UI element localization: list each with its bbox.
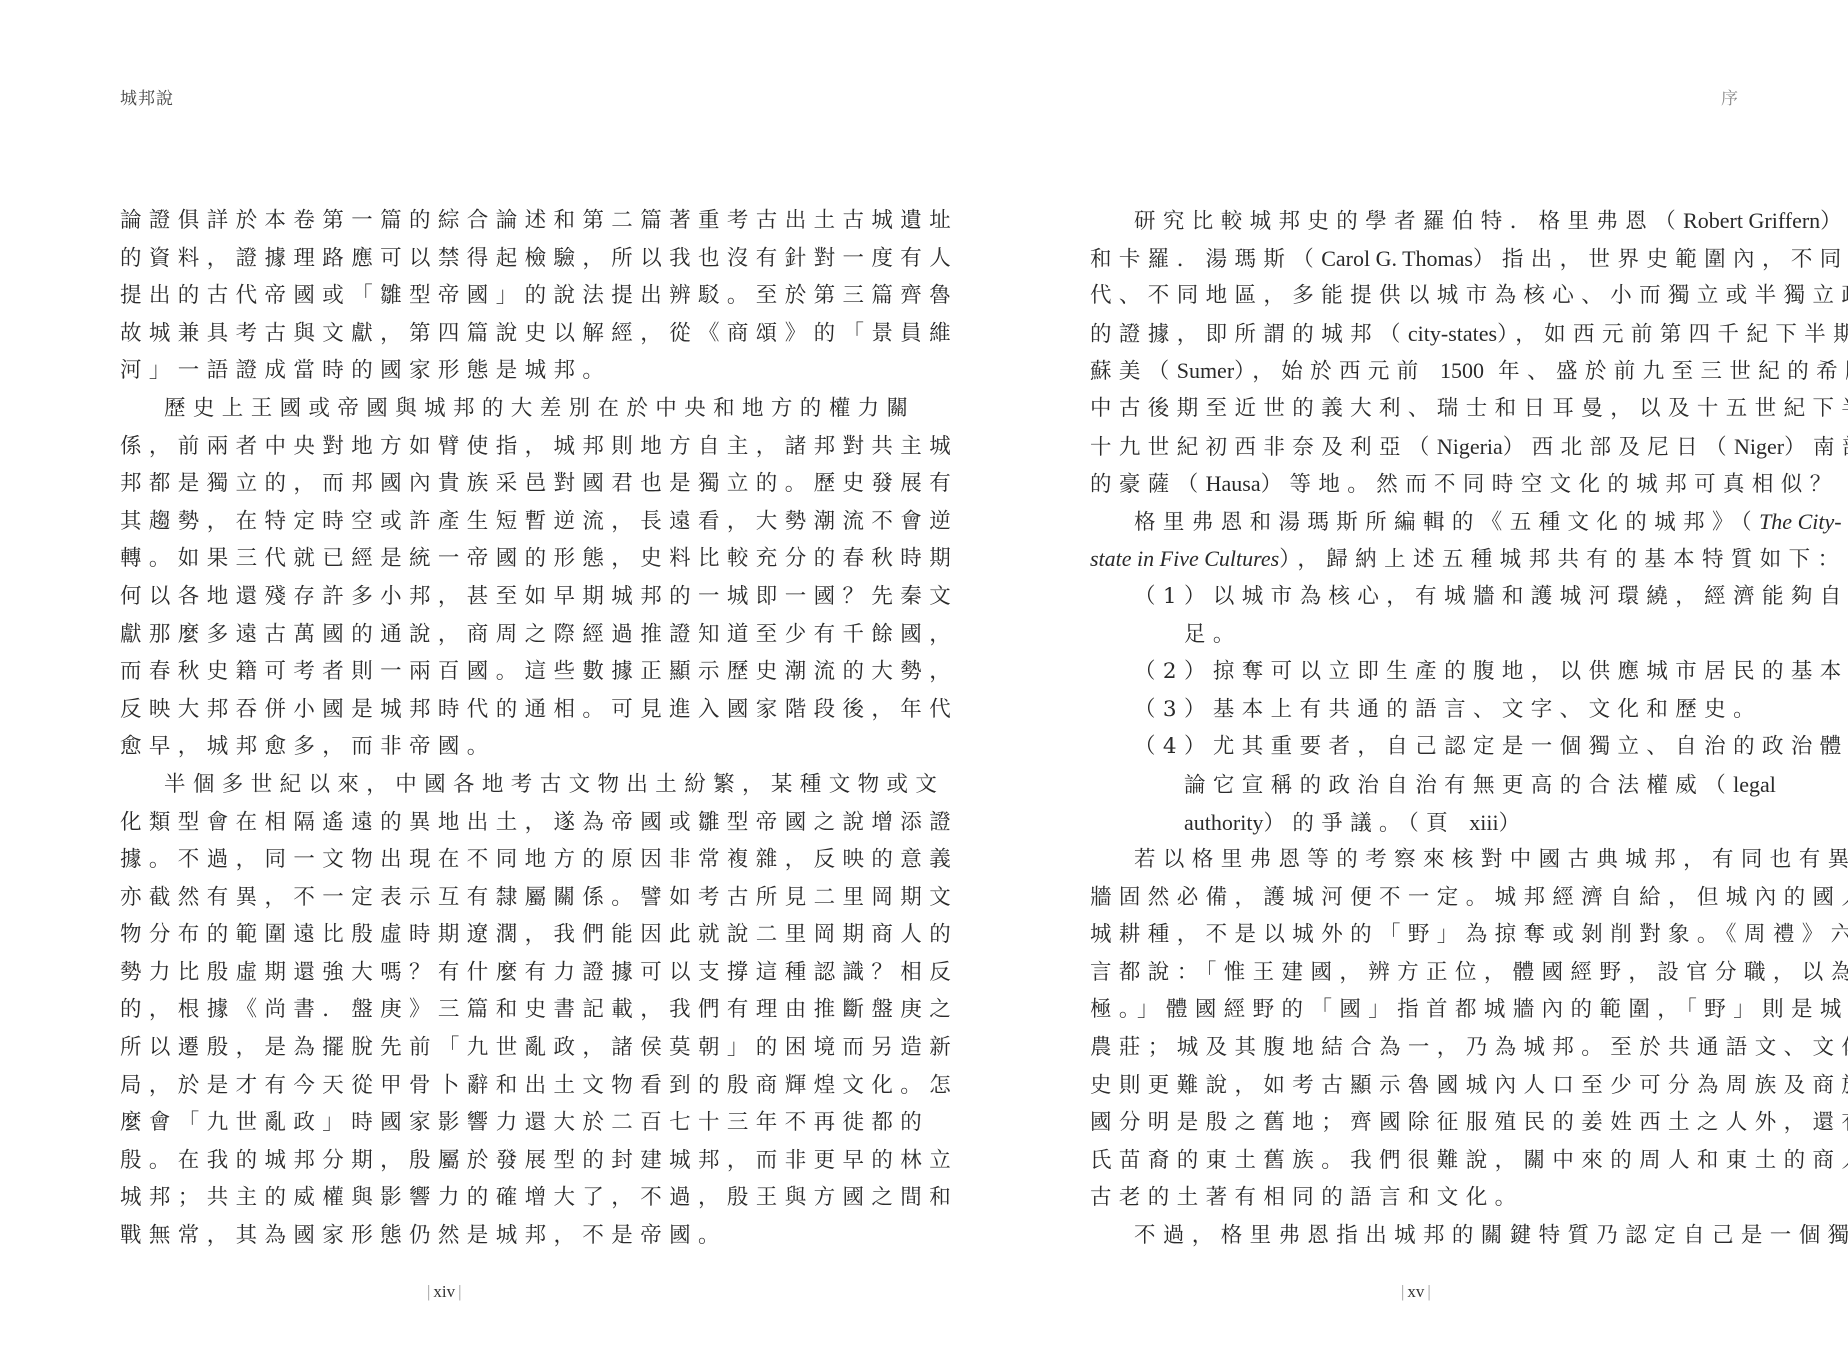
latin-text: Carol G. Thomas (1321, 246, 1473, 271)
text-run: 據。不過，同一文物出現在不同地方的原因非常複雜，反映的意義 (120, 847, 958, 872)
text-line: 論證俱詳於本卷第一篇的綜合論述和第二篇著重考古出土古城遺址 (120, 202, 762, 240)
text-line: 研究比較城邦史的學者羅伯特．格里弗恩（Robert Griffern） (1090, 202, 1732, 240)
text-run: 殷。在我的城邦分期，殷屬於發展型的封建城邦，而非更早的林立 (120, 1148, 958, 1173)
text-line: 化類型會在相隔遙遠的異地出土，遂為帝國或雛型帝國之說增添證 (120, 804, 762, 842)
text-line: 牆固然必備，護城河便不一定。城邦經濟自給，但城內的國人亦出 (1090, 879, 1732, 917)
text-run: ），始於西元前 (1234, 359, 1440, 384)
italic-text: The City- (1759, 509, 1842, 534)
folio-bar: | (424, 1282, 433, 1301)
text-run: ），歸納上述五種城邦共有的基本特質如下： (1279, 547, 1846, 572)
text-run: 中古後期至近世的義大利、瑞士和日耳曼，以及十五世紀下半葉至 (1090, 396, 1848, 421)
folio-number: xiv (433, 1282, 455, 1301)
text-line: 戰無常，其為國家形態仍然是城邦，不是帝國。 (120, 1217, 762, 1255)
text-run: 足。 (1184, 622, 1242, 647)
text-run: ）南部 (1784, 435, 1848, 460)
text-run: 的，根據《尚書．盤庚》三篇和史書記載，我們有理由推斷盤庚之 (120, 997, 958, 1022)
text-line: 勢力比殷虛期還強大嗎？有什麼有力證據可以支撐這種認識？相反 (120, 954, 762, 992)
text-run: 若以格里弗恩等的考察來核對中國古典城邦，有同也有異，城 (1134, 847, 1848, 872)
latin-text: Niger (1734, 434, 1784, 459)
text-run: 牆固然必備，護城河便不一定。城邦經濟自給，但城內的國人亦出 (1090, 885, 1848, 910)
text-run: 其趨勢，在特定時空或許產生短暫逆流，長遠看，大勢潮流不會逆 (120, 509, 958, 534)
text-line: 氏苗裔的東土舊族。我們很難說，關中來的周人和東土的商人或更 (1090, 1142, 1732, 1180)
running-head-chapter-title: 序 (1721, 84, 1739, 109)
text-run: 格里弗恩和湯瑪斯所編輯的《五種文化的城邦》（ (1134, 510, 1759, 535)
text-run: 反映大邦吞併小國是城邦時代的通相。可見進入國家階段後，年代 (120, 697, 958, 722)
text-run: 係，前兩者中央對地方如臂使指，城邦則地方自主，諸邦對共主城 (120, 434, 958, 459)
text-run: （3）基本上有共通的語言、文字、文化和歷史。 (1134, 697, 1762, 722)
text-run: 戰無常，其為國家形態仍然是城邦，不是帝國。 (120, 1223, 727, 1248)
text-run: 亦截然有異，不一定表示互有隸屬關係。譬如考古所見二里岡期文 (120, 885, 958, 910)
latin-text: Sumer (1177, 358, 1234, 383)
text-line: 歷史上王國或帝國與城邦的大差別在於中央和地方的權力關 (120, 390, 762, 428)
text-line: 格里弗恩和湯瑪斯所編輯的《五種文化的城邦》（The City- (1090, 503, 1732, 541)
text-line: authority）的爭議。（頁 xiii） (1090, 804, 1732, 842)
left-page: 城邦說 論證俱詳於本卷第一篇的綜合論述和第二篇著重考古出土古城遺址的資料，證據理… (0, 0, 924, 1361)
text-line: 不過，格里弗恩指出城邦的關鍵特質乃認定自己是一個獨立自 (1090, 1217, 1732, 1255)
text-line: （2）掠奪可以立即生產的腹地，以供應城市居民的基本需求。 (1090, 653, 1732, 691)
latin-text: legal (1733, 772, 1776, 797)
text-run: 河」一語證成當時的國家形態是城邦。 (120, 358, 611, 383)
text-run: 麼會「九世亂政」時國家影響力還大於二百七十三年不再徙都的 (120, 1110, 929, 1135)
text-line: 中古後期至近世的義大利、瑞士和日耳曼，以及十五世紀下半葉至 (1090, 390, 1732, 428)
text-run: ）的爭議。（頁 (1263, 811, 1469, 836)
latin-text: authority (1184, 810, 1263, 835)
text-run: ） (1499, 811, 1528, 836)
text-run: 邦都是獨立的，而邦國內貴族采邑對國君也是獨立的。歷史發展有 (120, 471, 958, 496)
text-run: 提出的古代帝國或「雛型帝國」的說法提出辨駁。至於第三篇齊魯 (120, 283, 958, 308)
text-run: （2）掠奪可以立即生產的腹地，以供應城市居民的基本需求。 (1134, 659, 1848, 684)
text-line: 亦截然有異，不一定表示互有隸屬關係。譬如考古所見二里岡期文 (120, 879, 762, 917)
text-run: 城邦；共主的威權與影響力的確增大了，不過，殷王與方國之間和 (120, 1185, 958, 1210)
text-run: ）西北部及尼日（ (1503, 435, 1734, 460)
text-line: （3）基本上有共通的語言、文字、文化和歷史。 (1090, 691, 1732, 729)
text-run: 物分布的範圍遠比殷虛時期遼濶，我們能因此就說二里岡期商人的 (120, 922, 958, 947)
text-run: 的資料，證據理路應可以禁得起檢驗，所以我也沒有針對一度有人 (120, 246, 958, 271)
text-line: 國分明是殷之舊地；齊國除征服殖民的姜姓西土之人外，還有爽鳩 (1090, 1104, 1732, 1142)
folio-bar: | (1398, 1282, 1407, 1301)
text-run: 的證據，即所謂的城邦（ (1090, 322, 1408, 347)
text-line: 麼會「九世亂政」時國家影響力還大於二百七十三年不再徙都的 (120, 1104, 762, 1142)
text-run: 愈早，城邦愈多，而非帝國。 (120, 734, 496, 759)
text-line: 論它宣稱的政治自治有無更高的合法權威（legal (1090, 766, 1732, 804)
text-line: 足。 (1090, 616, 1732, 654)
page-number-left: |xiv| (424, 1282, 465, 1302)
text-run: （1）以城市為核心，有城牆和護城河環繞，經濟能夠自給自 (1134, 584, 1848, 609)
text-line: 的豪薩（Hausa）等地。然而不同時空文化的城邦可真相似？ (1090, 465, 1732, 503)
latin-text: city-states (1408, 321, 1497, 346)
text-line: 的證據，即所謂的城邦（city-states），如西元前第四千紀下半期的 (1090, 315, 1732, 353)
text-run: 城耕種，不是以城外的「野」為掠奪或剝削對象。《周禮》六官序 (1090, 922, 1848, 947)
text-run: ），如西元前第四千紀下半期的 (1497, 322, 1848, 347)
text-line: 代、不同地區，多能提供以城市為核心、小而獨立或半獨立政治體 (1090, 277, 1732, 315)
italic-text: state in Five Cultures (1090, 546, 1279, 571)
text-line: 物分布的範圍遠比殷虛時期遼濶，我們能因此就說二里岡期商人的 (120, 916, 762, 954)
latin-text: Robert Griffern (1683, 208, 1820, 233)
text-line: 農莊；城及其腹地結合為一，乃為城邦。至於共通語文、文化、歷 (1090, 1029, 1732, 1067)
text-run: ） (1820, 209, 1848, 234)
left-page-body-text: 論證俱詳於本卷第一篇的綜合論述和第二篇著重考古出土古城遺址的資料，證據理路應可以… (120, 202, 762, 1255)
text-run: 局，於是才有今天從甲骨卜辭和出土文物看到的殷商輝煌文化。怎 (120, 1073, 958, 1098)
latin-text: Hausa (1206, 471, 1261, 496)
text-line: 古老的土著有相同的語言和文化。 (1090, 1179, 1732, 1217)
text-line: 局，於是才有今天從甲骨卜辭和出土文物看到的殷商輝煌文化。怎 (120, 1067, 762, 1105)
text-line: 據。不過，同一文物出現在不同地方的原因非常複雜，反映的意義 (120, 841, 762, 879)
text-run: 故城兼具考古與文獻，第四篇說史以解經，從《商頌》的「景員維 (120, 321, 958, 346)
text-line: 河」一語證成當時的國家形態是城邦。 (120, 352, 762, 390)
text-run: 農莊；城及其腹地結合為一，乃為城邦。至於共通語文、文化、歷 (1090, 1035, 1848, 1060)
text-run: 氏苗裔的東土舊族。我們很難說，關中來的周人和東土的商人或更 (1090, 1148, 1848, 1173)
text-line: 半個多世紀以來，中國各地考古文物出土紛繁，某種文物或文 (120, 766, 762, 804)
text-run: 研究比較城邦史的學者羅伯特．格里弗恩（ (1134, 209, 1683, 234)
text-line: 愈早，城邦愈多，而非帝國。 (120, 728, 762, 766)
text-line: 的資料，證據理路應可以禁得起檢驗，所以我也沒有針對一度有人 (120, 240, 762, 278)
running-head-book-title: 城邦說 (120, 84, 174, 109)
text-run: 年、盛於前九至三世紀的希臘， (1484, 359, 1848, 384)
latin-text: 1500 (1440, 358, 1484, 383)
latin-text: Nigeria (1437, 434, 1503, 459)
text-run: 的豪薩（ (1090, 472, 1206, 497)
text-line: 提出的古代帝國或「雛型帝國」的說法提出辨駁。至於第三篇齊魯 (120, 277, 762, 315)
text-line: 何以各地還殘存許多小邦，甚至如早期城邦的一城即一國？先秦文 (120, 578, 762, 616)
text-run: 所以遷殷，是為擺脫先前「九世亂政，諸侯莫朝」的困境而另造新 (120, 1035, 958, 1060)
text-run: 十九世紀初西非奈及利亞（ (1090, 435, 1437, 460)
folio-bar: | (455, 1282, 464, 1301)
text-run: 和卡羅．湯瑪斯（ (1090, 247, 1321, 272)
text-run: 論它宣稱的政治自治有無更高的合法權威（ (1184, 773, 1733, 798)
text-run: ）等地。然而不同時空文化的城邦可真相似？ (1261, 472, 1839, 497)
text-line: 蘇美（Sumer），始於西元前 1500 年、盛於前九至三世紀的希臘， (1090, 352, 1732, 390)
text-run: 論證俱詳於本卷第一篇的綜合論述和第二篇著重考古出土古城遺址 (120, 208, 958, 233)
text-run: 勢力比殷虛期還強大嗎？有什麼有力證據可以支撐這種認識？相反 (120, 960, 958, 985)
text-line: 若以格里弗恩等的考察來核對中國古典城邦，有同也有異，城 (1090, 841, 1732, 879)
text-line: 城耕種，不是以城外的「野」為掠奪或剝削對象。《周禮》六官序 (1090, 916, 1732, 954)
folio-bar: | (1424, 1282, 1433, 1301)
text-line: 和卡羅．湯瑪斯（Carol G. Thomas）指出，世界史範圍內，不同時 (1090, 240, 1732, 278)
text-run: 化類型會在相隔遙遠的異地出土，遂為帝國或雛型帝國之說增添證 (120, 810, 958, 835)
text-line: 言都說：「惟王建國，辨方正位，體國經野，設官分職，以為民 (1090, 954, 1732, 992)
latin-text: xiii (1469, 810, 1498, 835)
text-line: 反映大邦吞併小國是城邦時代的通相。可見進入國家階段後，年代 (120, 691, 762, 729)
text-line: 係，前兩者中央對地方如臂使指，城邦則地方自主，諸邦對共主城 (120, 428, 762, 466)
text-line: 殷。在我的城邦分期，殷屬於發展型的封建城邦，而非更早的林立 (120, 1142, 762, 1180)
folio-number: xv (1407, 1282, 1424, 1301)
text-line: 的，根據《尚書．盤庚》三篇和史書記載，我們有理由推斷盤庚之 (120, 991, 762, 1029)
text-line: 獻那麼多遠古萬國的通說，商周之際經過推證知道至少有千餘國， (120, 616, 762, 654)
text-run: ）指出，世界史範圍內，不同時 (1473, 247, 1848, 272)
text-line: 而春秋史籍可考者則一兩百國。這些數據正顯示歷史潮流的大勢， (120, 653, 762, 691)
text-run: 古老的土著有相同的語言和文化。 (1090, 1185, 1524, 1210)
text-run: 言都說：「惟王建國，辨方正位，體國經野，設官分職，以為民 (1090, 960, 1848, 985)
text-run: 何以各地還殘存許多小邦，甚至如早期城邦的一城即一國？先秦文 (120, 584, 958, 609)
text-run: 不過，格里弗恩指出城邦的關鍵特質乃認定自己是一個獨立自 (1134, 1223, 1848, 1248)
page-number-right: |xv| (1398, 1282, 1434, 1302)
text-run: 獻那麼多遠古萬國的通說，商周之際經過推證知道至少有千餘國， (120, 622, 958, 647)
text-run: 蘇美（ (1090, 359, 1177, 384)
text-run: 代、不同地區，多能提供以城市為核心、小而獨立或半獨立政治體 (1090, 283, 1848, 308)
text-line: 城邦；共主的威權與影響力的確增大了，不過，殷王與方國之間和 (120, 1179, 762, 1217)
text-run: 史則更難說，如考古顯示魯國城內人口至少可分為周族及商族，衛 (1090, 1073, 1848, 1098)
text-line: 其趨勢，在特定時空或許產生短暫逆流，長遠看，大勢潮流不會逆 (120, 503, 762, 541)
text-run: 極。」體國經野的「國」指首都城牆內的範圍，「野」則是城外的 (1090, 997, 1848, 1022)
text-run: （4）尤其重要者，自己認定是一個獨立、自治的政治體，不 (1134, 734, 1848, 759)
text-run: 半個多世紀以來，中國各地考古文物出土紛繁，某種文物或文 (164, 772, 944, 797)
text-line: 十九世紀初西非奈及利亞（Nigeria）西北部及尼日（Niger）南部 (1090, 428, 1732, 466)
text-line: 所以遷殷，是為擺脫先前「九世亂政，諸侯莫朝」的困境而另造新 (120, 1029, 762, 1067)
text-run: 轉。如果三代就已經是統一帝國的形態，史料比較充分的春秋時期 (120, 546, 958, 571)
text-line: 極。」體國經野的「國」指首都城牆內的範圍，「野」則是城外的 (1090, 991, 1732, 1029)
right-page: 序 研究比較城邦史的學者羅伯特．格里弗恩（Robert Griffern）和卡羅… (924, 0, 1848, 1361)
text-line: 史則更難說，如考古顯示魯國城內人口至少可分為周族及商族，衛 (1090, 1067, 1732, 1105)
text-run: 國分明是殷之舊地；齊國除征服殖民的姜姓西土之人外，還有爽鳩 (1090, 1110, 1848, 1135)
text-run: 而春秋史籍可考者則一兩百國。這些數據正顯示歷史潮流的大勢， (120, 659, 958, 684)
text-line: 轉。如果三代就已經是統一帝國的形態，史料比較充分的春秋時期 (120, 540, 762, 578)
text-line: （1）以城市為核心，有城牆和護城河環繞，經濟能夠自給自 (1090, 578, 1732, 616)
text-line: 故城兼具考古與文獻，第四篇說史以解經，從《商頌》的「景員維 (120, 315, 762, 353)
text-run: 歷史上王國或帝國與城邦的大差別在於中央和地方的權力關 (164, 396, 915, 421)
text-line: 邦都是獨立的，而邦國內貴族采邑對國君也是獨立的。歷史發展有 (120, 465, 762, 503)
right-page-body-text: 研究比較城邦史的學者羅伯特．格里弗恩（Robert Griffern）和卡羅．湯… (1090, 202, 1732, 1255)
text-line: （4）尤其重要者，自己認定是一個獨立、自治的政治體，不 (1090, 728, 1732, 766)
text-line: state in Five Cultures），歸納上述五種城邦共有的基本特質如… (1090, 540, 1732, 578)
